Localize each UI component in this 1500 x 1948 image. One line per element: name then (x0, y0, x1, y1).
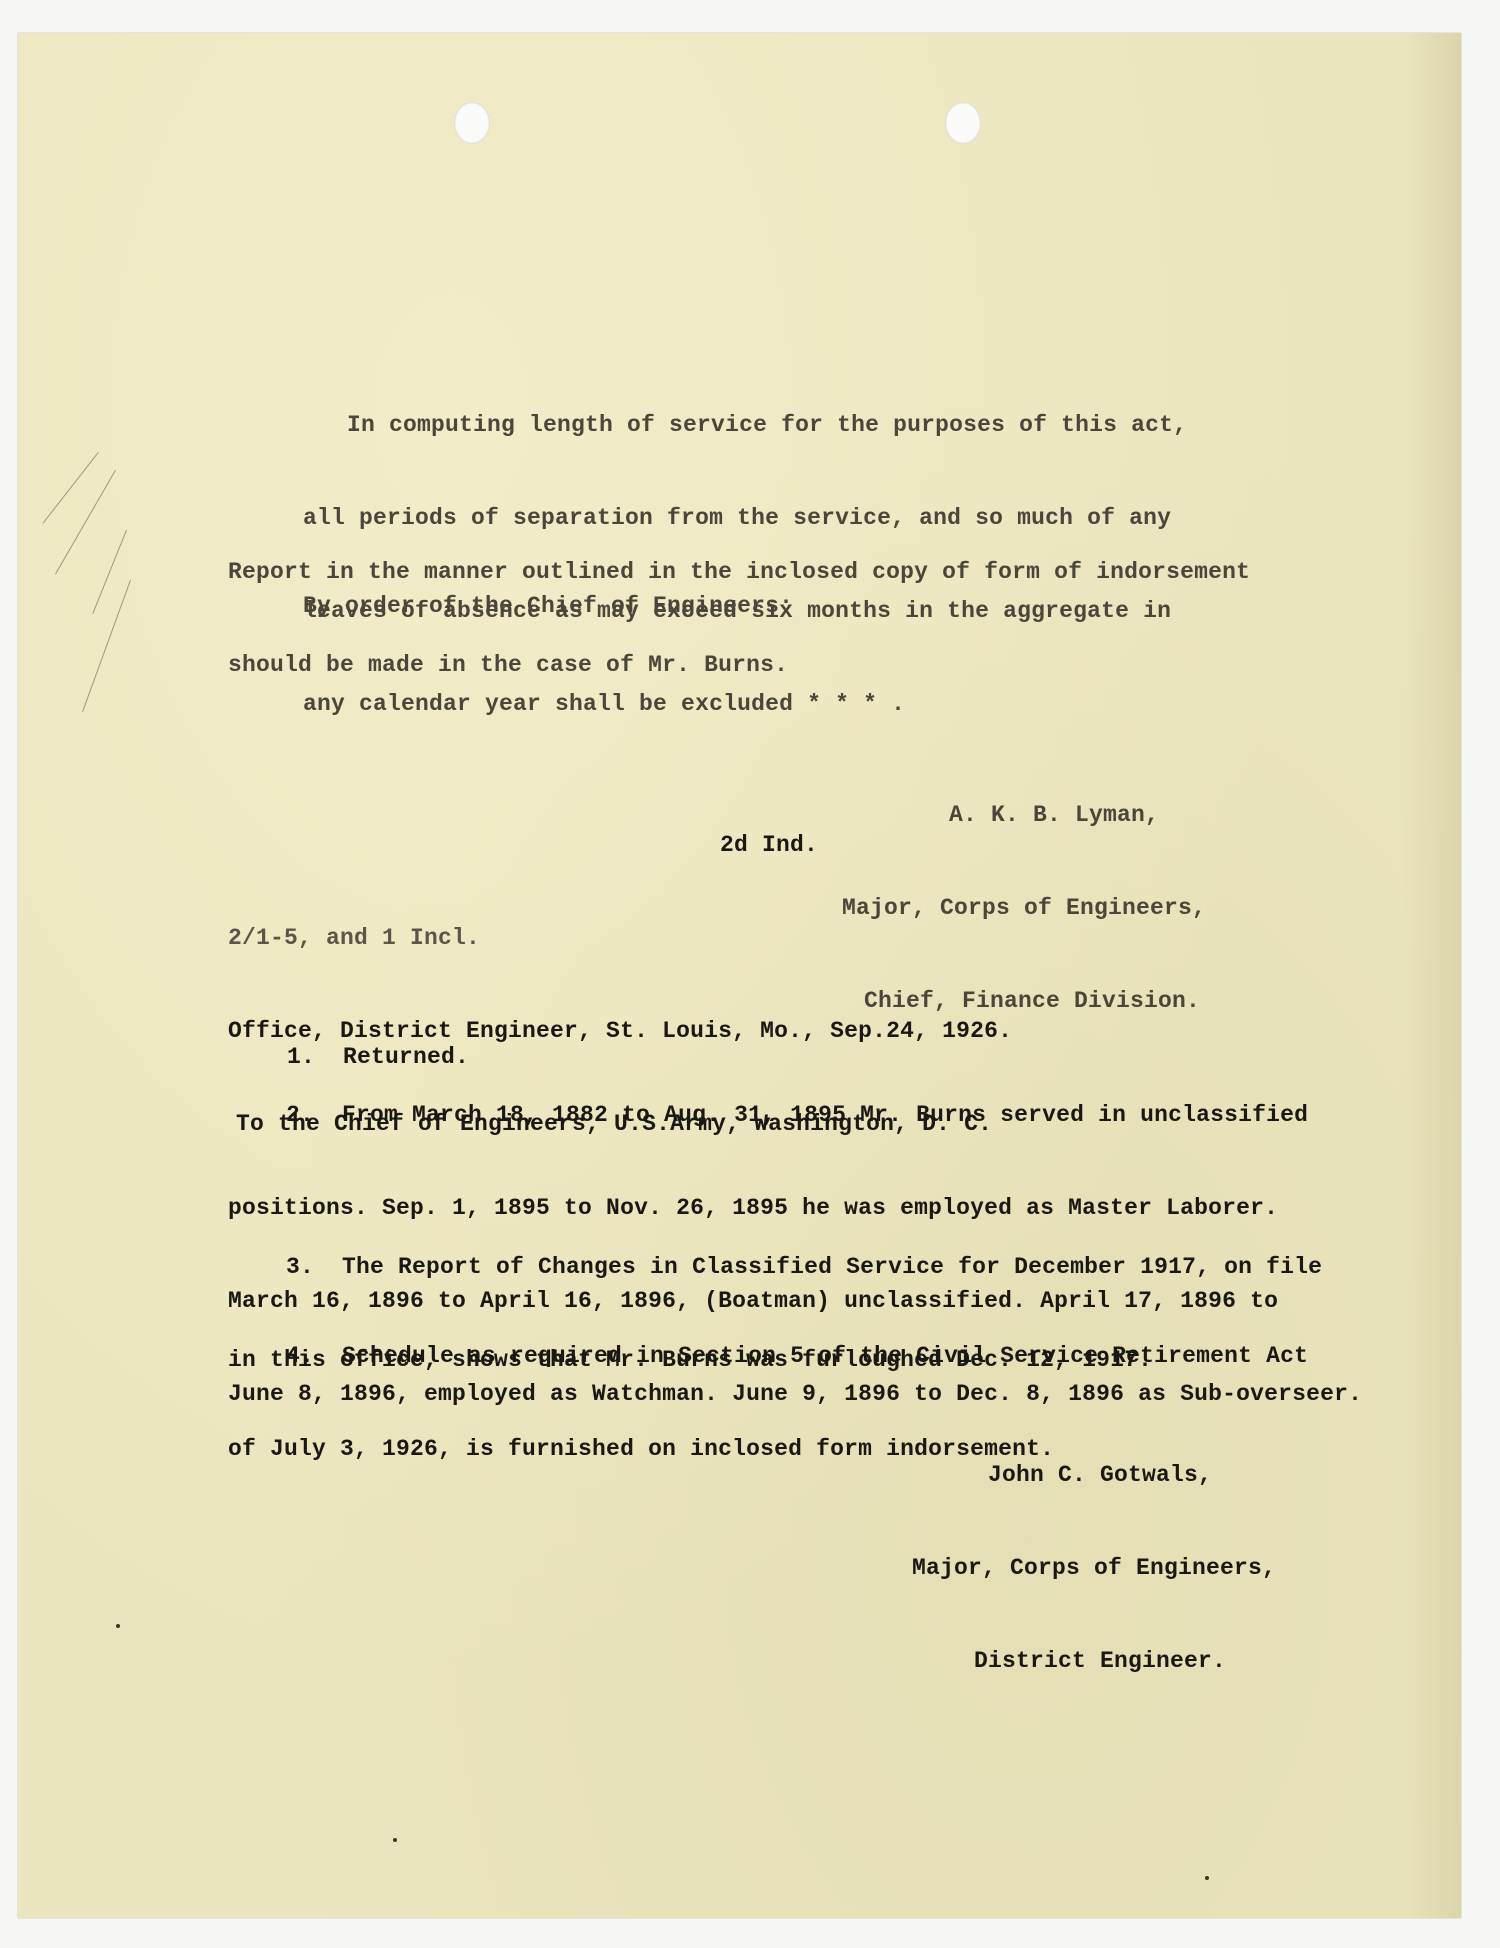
first-signature-name: A. K. B. Lyman, (842, 800, 1206, 831)
quote-line: In computing length of service for the p… (303, 410, 1187, 441)
second-signature-name: John C. Gotwals, (912, 1460, 1276, 1491)
item-line: 2. From March 18, 1882 to Aug. 31, 1895 … (228, 1100, 1362, 1131)
by-order-line: By order of the Chief of Engineers: (303, 591, 793, 622)
punch-hole-right (945, 102, 981, 144)
indorsement-heading: 2d Ind. (720, 830, 818, 861)
second-signature-title: District Engineer. (912, 1646, 1276, 1677)
report-line: Report in the manner outlined in the inc… (228, 557, 1250, 588)
indorsement-reference: 2/1-5, and 1 Incl. (228, 923, 1012, 954)
ink-speck (393, 1838, 397, 1842)
report-line: should be made in the case of Mr. Burns. (228, 650, 1250, 681)
item-line: 4. Schedule as required in Section 5 of … (228, 1341, 1308, 1372)
ink-speck (116, 1624, 120, 1628)
punch-hole-left (454, 102, 490, 144)
second-signature-rank: Major, Corps of Engineers, (912, 1553, 1276, 1584)
second-signature-block: John C. Gotwals, Major, Corps of Enginee… (912, 1398, 1276, 1708)
ink-speck (1205, 1876, 1209, 1880)
